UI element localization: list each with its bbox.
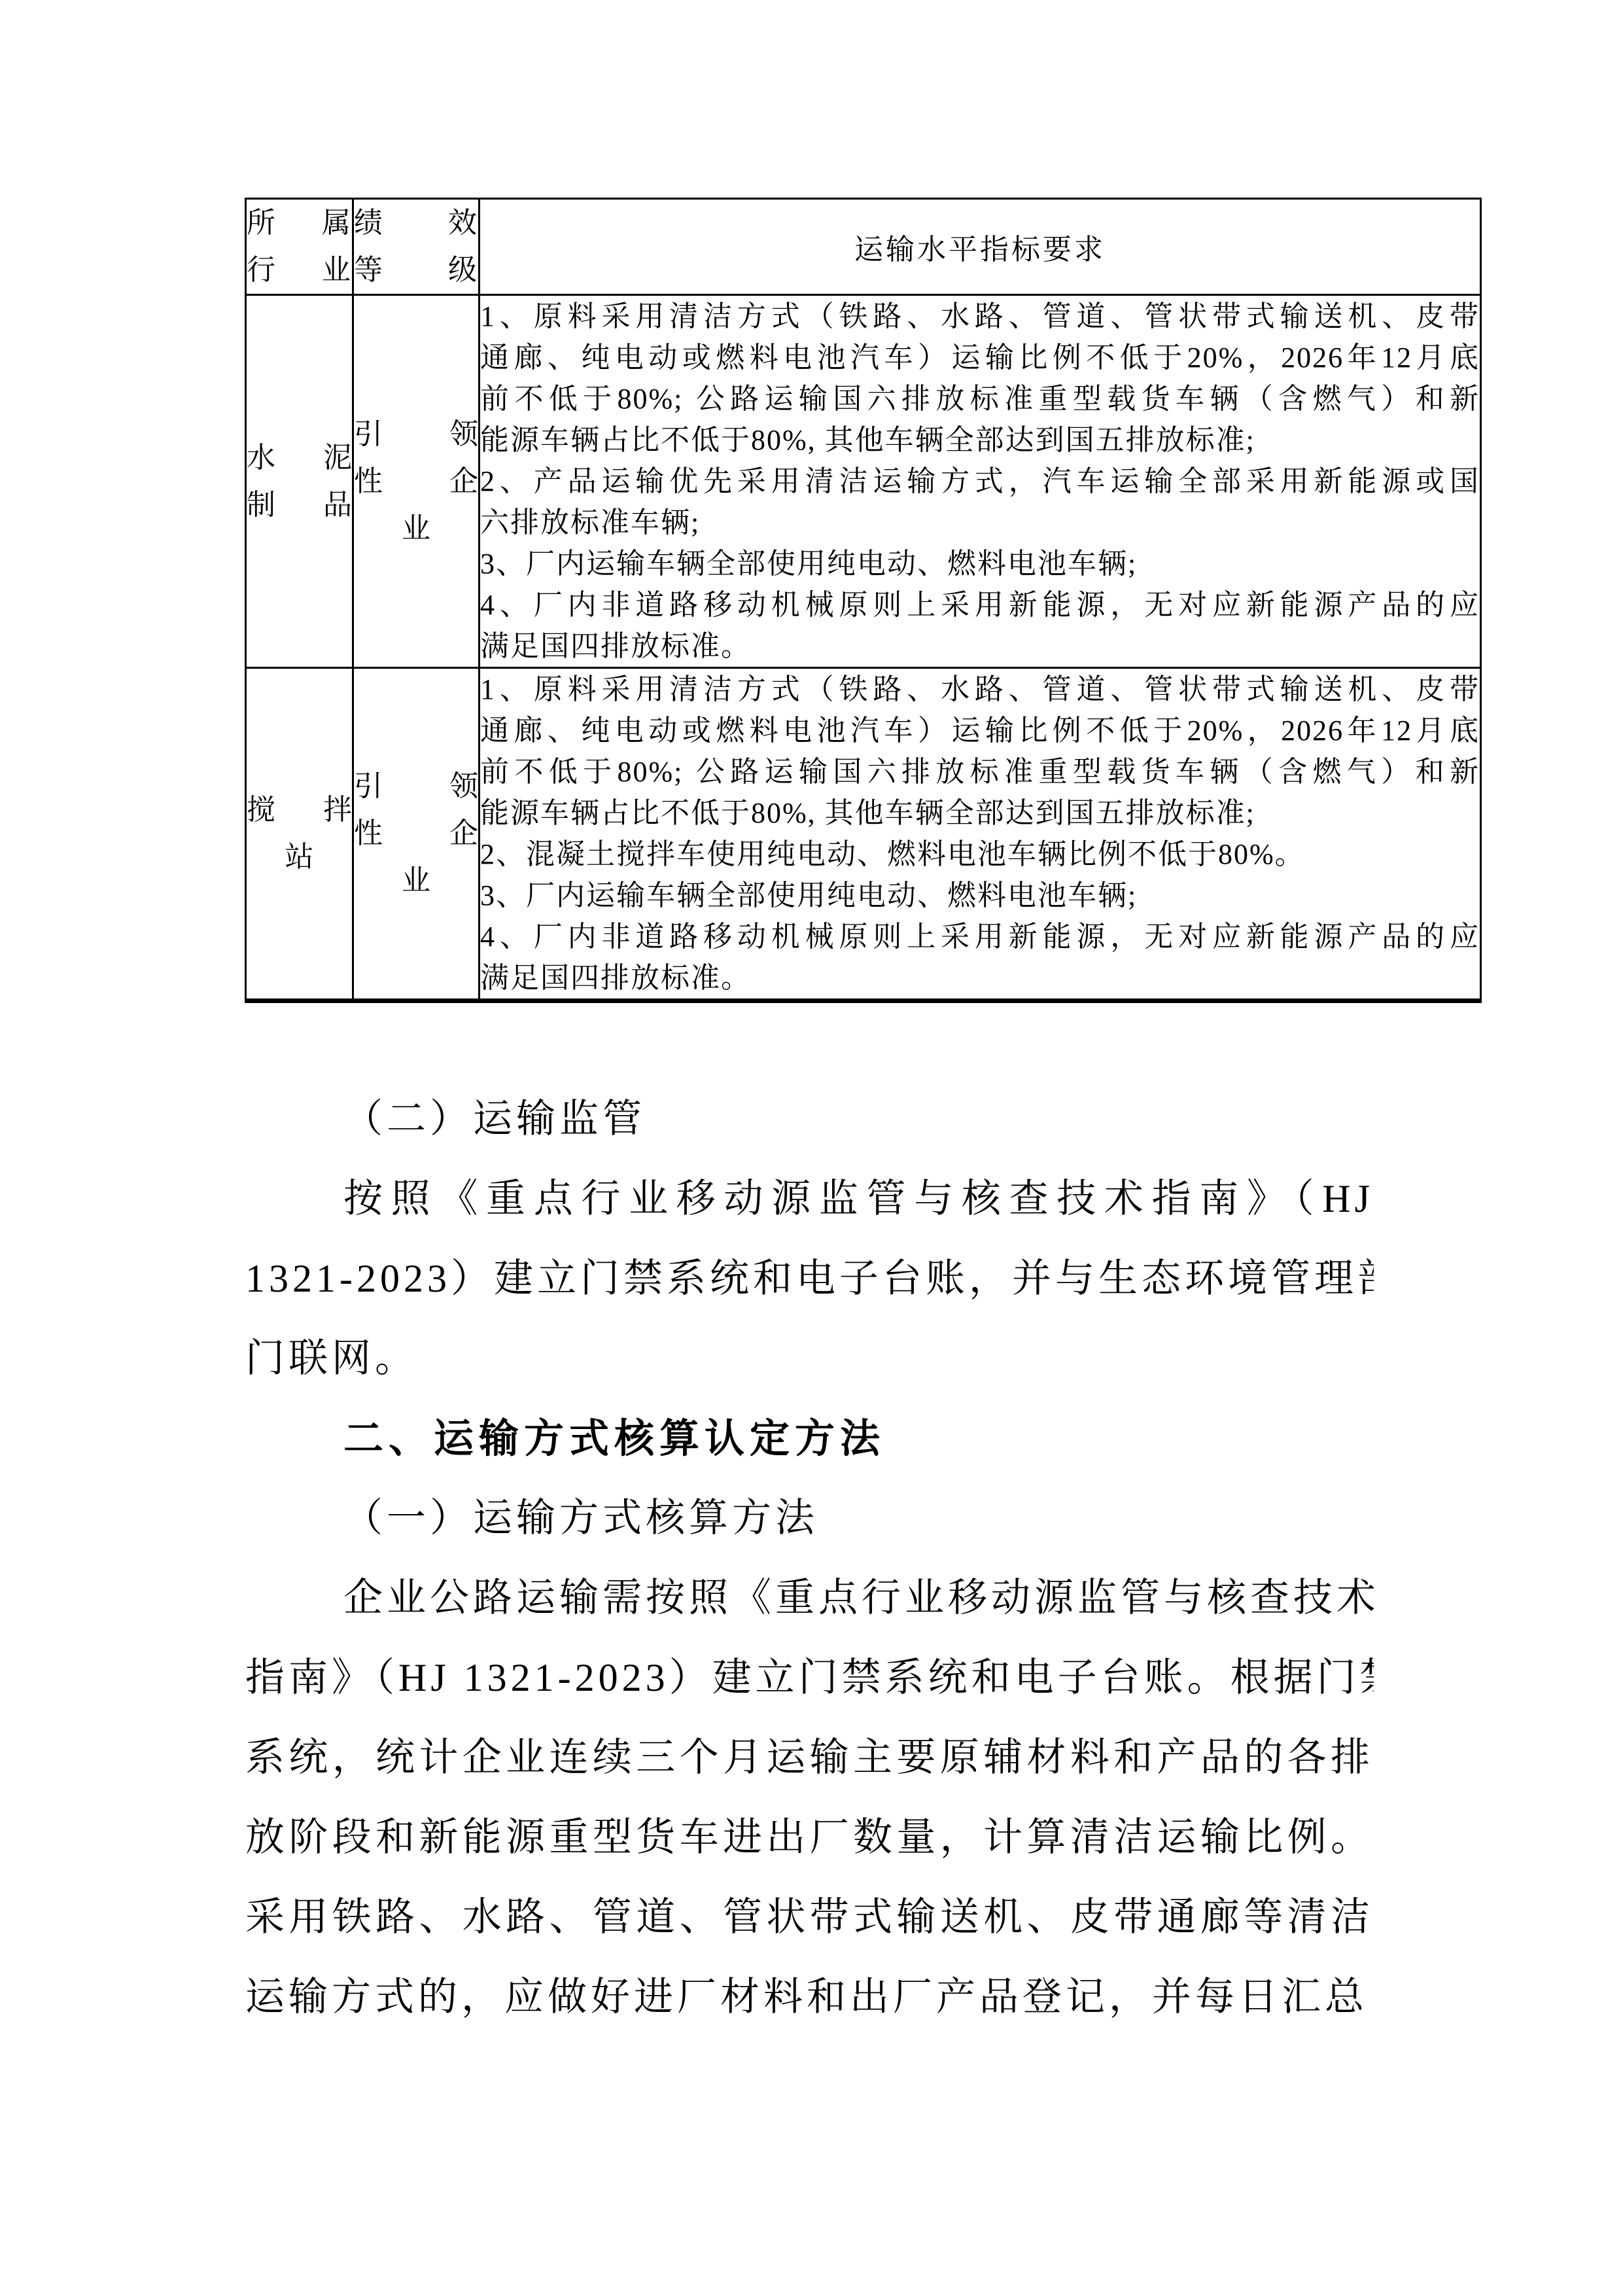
requirements-cell-mixing-station: 1、原料采用清洁方式（铁路、水路、管道、管状带式输送机、皮带通廊、纯电动或燃料电… [480, 668, 1481, 1001]
text-line: 能源车辆占比不低于80%, 其他车辆全部达到国五排放标准; [480, 792, 1480, 834]
requirement-item: 2、产品运输优先采用清洁运输方式，汽车运输全部采用新能源或国六排放标准车辆; [480, 461, 1480, 543]
requirement-item: 4、厂内非道路移动机械原则上采用新能源，无对应新能源产品的应满足国四排放标准。 [480, 916, 1480, 998]
text-line: 前不低于80%; 公路运输国六排放标准重型载货车辆（含燃气）和新 [480, 378, 1480, 419]
text-line: 制品 [247, 482, 352, 529]
text-line: 业 [354, 857, 478, 904]
text-line: 1、原料采用清洁方式（铁路、水路、管道、管状带式输送机、皮带 [480, 296, 1480, 337]
text-line: 4、厂内非道路移动机械原则上采用新能源，无对应新能源产品的应 [480, 584, 1480, 626]
table-row-mixing-station: 搅拌站 引领性企业 1、原料采用清洁方式（铁路、水路、管道、管状带式输送机、皮带… [246, 668, 1481, 1001]
text-line: 企业公路运输需按照《重点行业移动源监管与核查技术 [245, 1558, 1374, 1638]
text-line: 行业 [247, 247, 352, 294]
body-text-block: （二）运输监管 按照《重点行业移动源监管与核查技术指南》（HJ1321-2023… [245, 1079, 1374, 2037]
text-line: 水泥 [247, 434, 352, 482]
method-paragraph: 企业公路运输需按照《重点行业移动源监管与核查技术指南》（HJ 1321-2023… [245, 1558, 1374, 2037]
transport-supervision-paragraph: 按照《重点行业移动源监管与核查技术指南》（HJ1321-2023）建立门禁系统和… [245, 1159, 1374, 1398]
text-line: 2、混凝土搅拌车使用纯电动、燃料电池车辆比例不低于80%。 [480, 834, 1480, 875]
text-line: 六排放标准车辆; [480, 502, 1480, 543]
text-line: 满足国四排放标准。 [480, 957, 1480, 998]
requirement-item: 3、厂内运输车辆全部使用纯电动、燃料电池车辆; [480, 875, 1480, 916]
requirement-item: 1、原料采用清洁方式（铁路、水路、管道、管状带式输送机、皮带通廊、纯电动或燃料电… [480, 669, 1480, 834]
header-requirements: 运输水平指标要求 [480, 199, 1481, 295]
text-line: 搅拌 [247, 786, 352, 834]
table-header-row: 所属行业 绩效等级 运输水平指标要求 [246, 199, 1481, 295]
requirements-cell-cement: 1、原料采用清洁方式（铁路、水路、管道、管状带式输送机、皮带通廊、纯电动或燃料电… [480, 295, 1481, 668]
industry-cell-cement: 水泥制品 [246, 295, 353, 668]
text-line: 2、产品运输优先采用清洁运输方式，汽车运输全部采用新能源或国 [480, 461, 1480, 502]
text-line: 业 [354, 505, 478, 552]
method-section-heading: 二、运输方式核算认定方法 [245, 1398, 1374, 1478]
industry-cell-mixing-station: 搅拌站 [246, 668, 353, 1001]
transport-requirements-table: 所属行业 绩效等级 运输水平指标要求 水泥制品 引领性企业 1、原料采用清洁方式… [245, 198, 1482, 1003]
text-line: 指南》（HJ 1321-2023）建立门禁系统和电子台账。根据门禁 [245, 1638, 1374, 1718]
text-line: 站 [247, 834, 352, 881]
text-line: 按照《重点行业移动源监管与核查技术指南》（HJ [245, 1159, 1374, 1239]
text-line: 放阶段和新能源重型货车进出厂数量，计算清洁运输比例。 [245, 1797, 1374, 1877]
text-line: 通廊、纯电动或燃料电池汽车）运输比例不低于20%，2026年12月底 [480, 710, 1480, 751]
text-line: 能源车辆占比不低于80%, 其他车辆全部达到国五排放标准; [480, 419, 1480, 461]
table-row-cement-products: 水泥制品 引领性企业 1、原料采用清洁方式（铁路、水路、管道、管状带式输送机、皮… [246, 295, 1481, 668]
transport-supervision-heading: （二）运输监管 [245, 1079, 1374, 1159]
grade-cell-cement: 引领性企业 [353, 295, 480, 668]
text-line: 4、厂内非道路移动机械原则上采用新能源，无对应新能源产品的应 [480, 916, 1480, 957]
requirement-item: 4、厂内非道路移动机械原则上采用新能源，无对应新能源产品的应满足国四排放标准。 [480, 584, 1480, 667]
text-line: 等级 [354, 247, 478, 294]
text-line: 系统，统计企业连续三个月运输主要原辅材料和产品的各排 [245, 1718, 1374, 1797]
requirement-item: 2、混凝土搅拌车使用纯电动、燃料电池车辆比例不低于80%。 [480, 834, 1480, 875]
text-line: 3、厂内运输车辆全部使用纯电动、燃料电池车辆; [480, 543, 1480, 584]
header-industry: 所属行业 [246, 199, 353, 295]
text-line: 1321-2023）建立门禁系统和电子台账，并与生态环境管理部 [245, 1239, 1374, 1318]
grade-cell-mixing-station: 引领性企业 [353, 668, 480, 1001]
text-line: 性企 [354, 810, 478, 857]
header-grade: 绩效等级 [353, 199, 480, 295]
text-line: 通廊、纯电动或燃料电池汽车）运输比例不低于20%，2026年12月底 [480, 337, 1480, 378]
text-line: 前不低于80%; 公路运输国六排放标准重型载货车辆（含燃气）和新 [480, 751, 1480, 792]
text-line: 引领 [354, 411, 478, 458]
text-line: 1、原料采用清洁方式（铁路、水路、管道、管状带式输送机、皮带 [480, 669, 1480, 710]
method-sub-heading: （一）运输方式核算方法 [245, 1478, 1374, 1558]
requirement-item: 3、厂内运输车辆全部使用纯电动、燃料电池车辆; [480, 543, 1480, 584]
text-line: 采用铁路、水路、管道、管状带式输送机、皮带通廊等清洁 [245, 1877, 1374, 1957]
text-line: 3、厂内运输车辆全部使用纯电动、燃料电池车辆; [480, 875, 1480, 916]
document-page: 所属行业 绩效等级 运输水平指标要求 水泥制品 引领性企业 1、原料采用清洁方式… [0, 0, 1623, 2296]
text-line: 引领 [354, 763, 478, 810]
text-line: 满足国四排放标准。 [480, 626, 1480, 667]
text-line: 运输方式的，应做好进厂材料和出厂产品登记，并每日汇总 [245, 1957, 1374, 2037]
requirement-item: 1、原料采用清洁方式（铁路、水路、管道、管状带式输送机、皮带通廊、纯电动或燃料电… [480, 296, 1480, 461]
text-line: 绩效 [354, 200, 478, 247]
text-line: 门联网。 [245, 1318, 1374, 1398]
text-line: 所属 [247, 200, 352, 247]
text-line: 性企 [354, 458, 478, 505]
